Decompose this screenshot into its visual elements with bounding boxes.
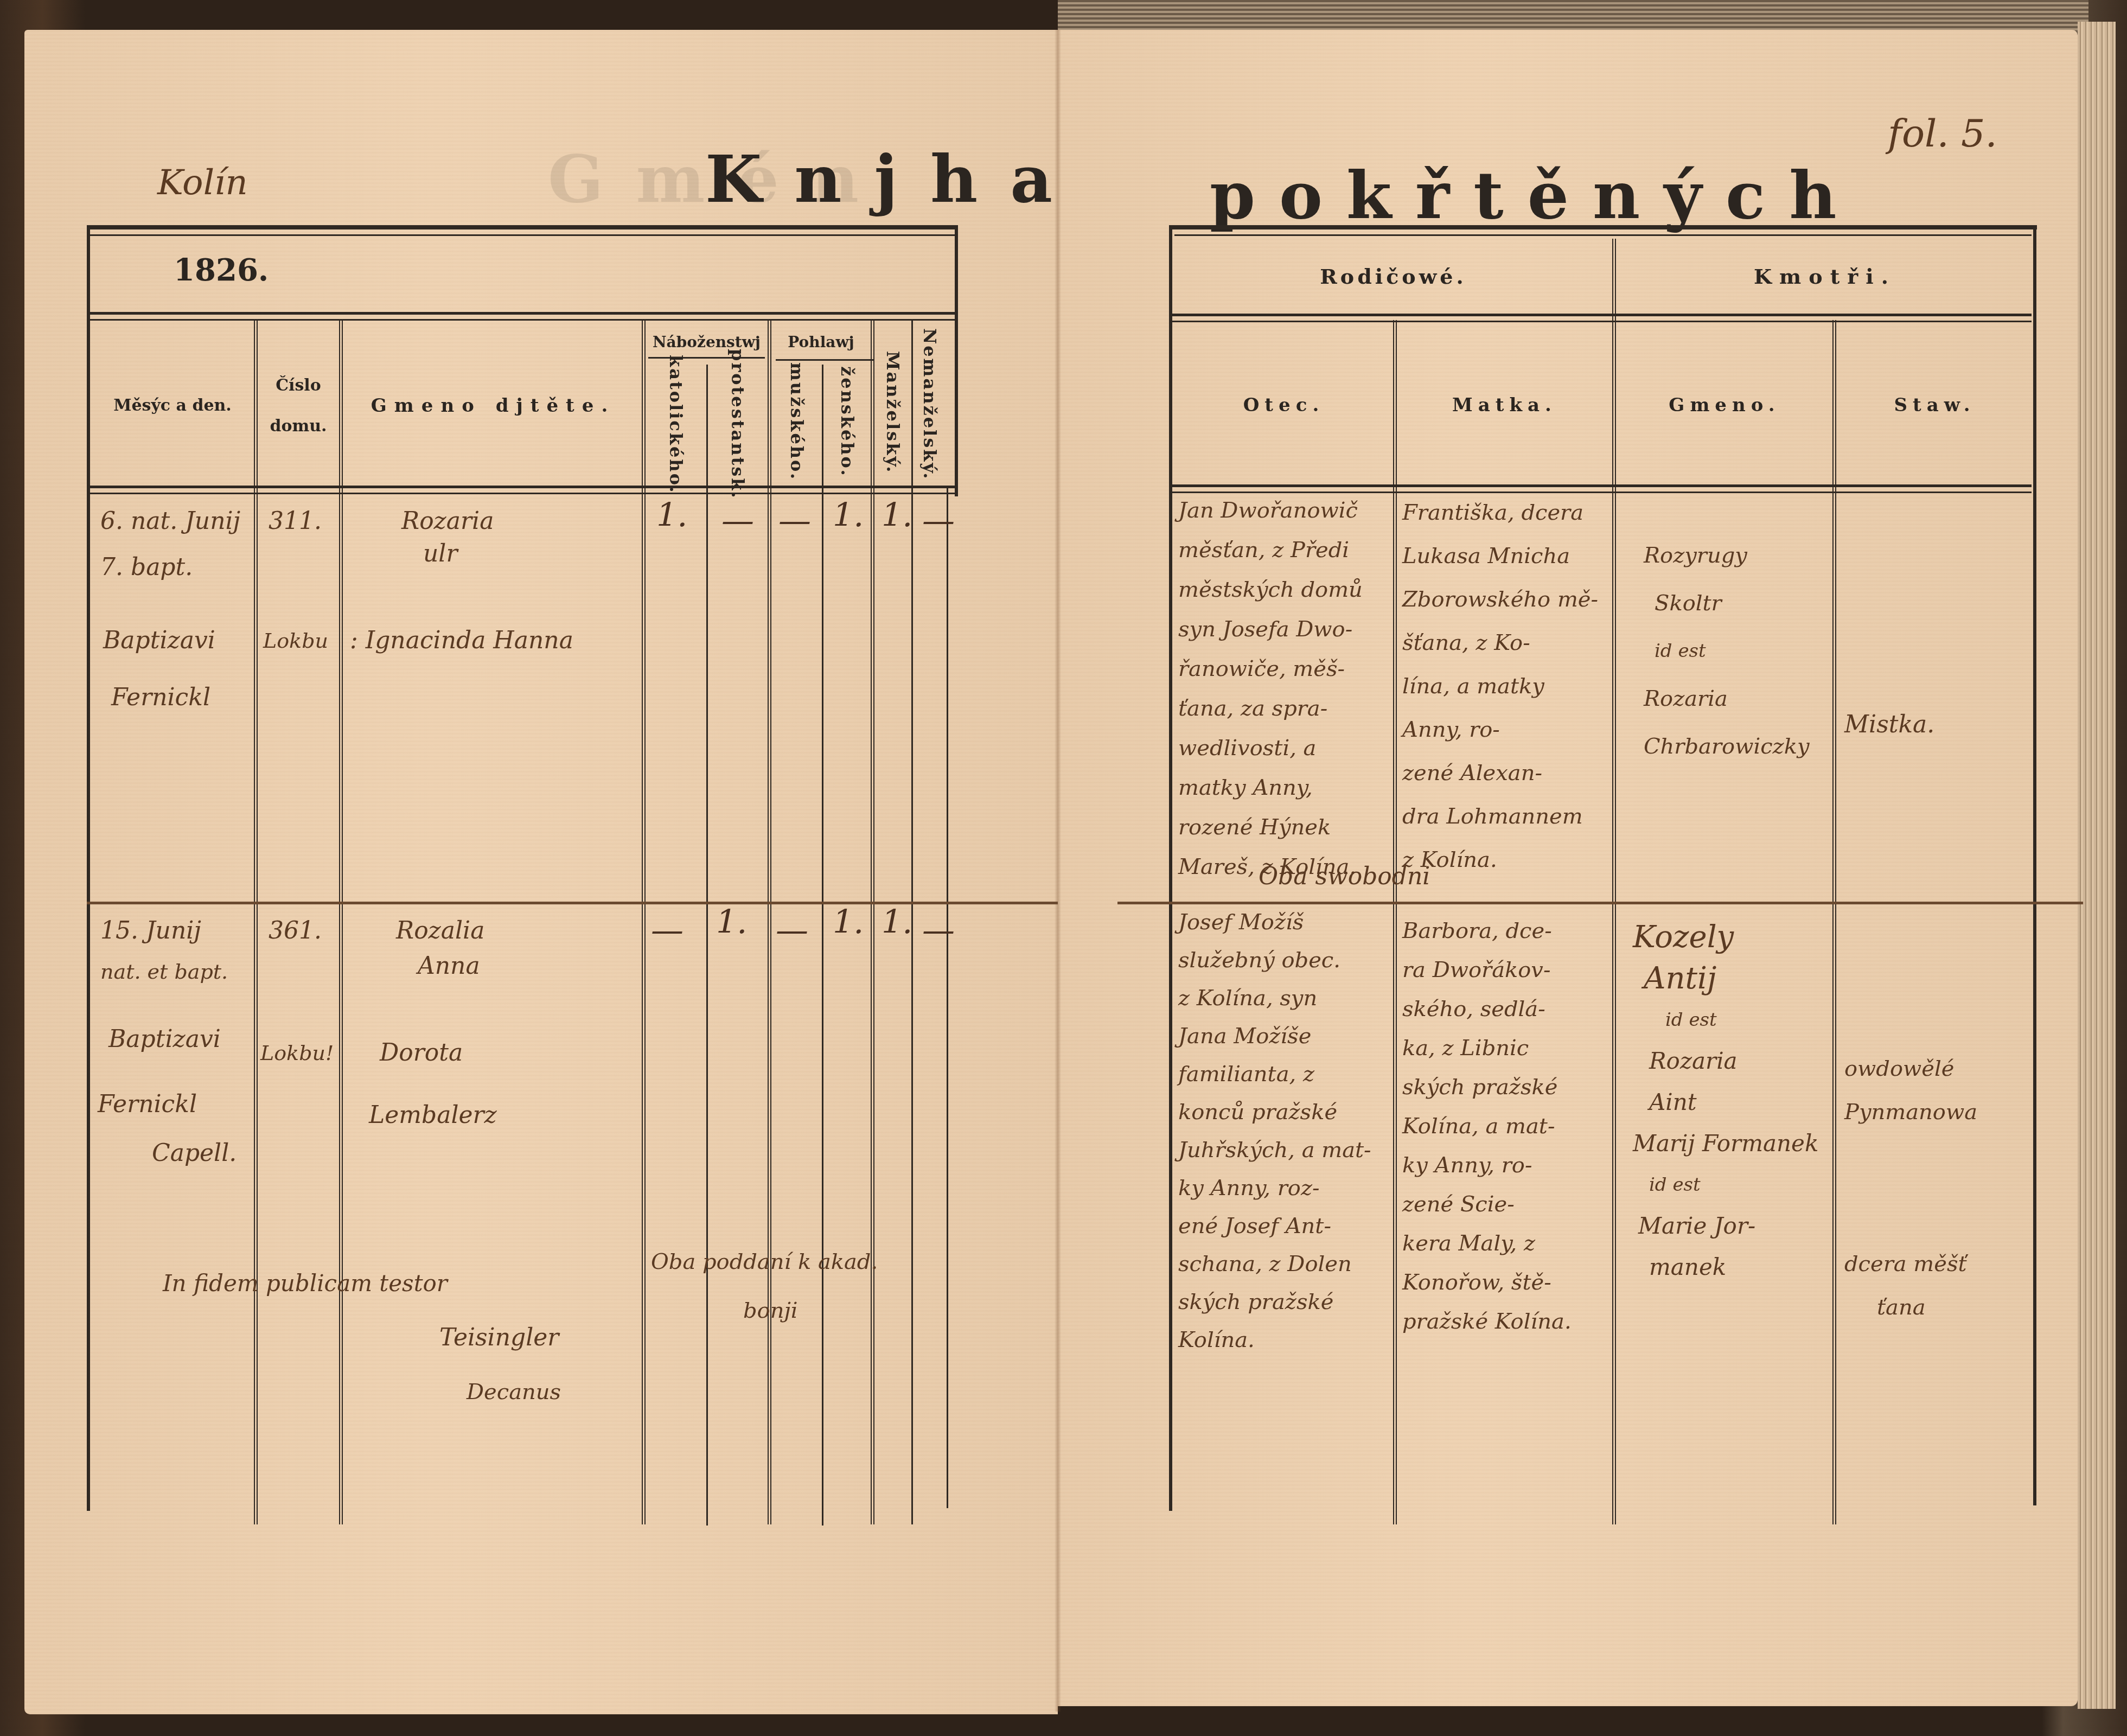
row1-father-line: měsťan, z Předi: [1178, 531, 1363, 570]
col-sep-name: [642, 320, 646, 1524]
row1-father-line: rozené Hýnek: [1178, 808, 1363, 847]
row1-catholic: 1.: [656, 496, 687, 534]
row2-religion-note-line2: bonji: [743, 1286, 798, 1336]
row1-male: —: [778, 502, 811, 540]
header-catholic-label: katolického.: [666, 355, 686, 494]
row2-female: 1.: [833, 903, 864, 941]
row2-male: —: [776, 911, 808, 949]
header-rule-inner: [90, 319, 955, 321]
row2-father-line: ky Anny, roz-: [1178, 1169, 1371, 1207]
row2-catholic: —: [651, 911, 684, 949]
row2-godparent-line: manek: [1633, 1247, 1818, 1288]
row1-father-line: syn Josefa Dwo-: [1178, 610, 1363, 649]
year: 1826.: [174, 252, 269, 288]
colhdr-rule-inner: [90, 493, 955, 494]
row2-house-no: 361.: [269, 906, 322, 956]
testimony-note: In fidem publicam testor: [163, 1259, 448, 1309]
row2-father-line: konců pražské: [1178, 1093, 1371, 1131]
row1-baptizer-line2: Fernickl: [111, 673, 210, 723]
row2-father-line: schana, z Dolen: [1178, 1245, 1371, 1283]
header-rule: [90, 312, 955, 315]
header-house-no: Číslo domu.: [258, 325, 339, 486]
table-border-left: [87, 225, 90, 1511]
rcol-sep-father: [1393, 320, 1397, 1524]
row2-father-line: familianta, z: [1178, 1055, 1371, 1093]
row1-mother-line: dra Lohmannem: [1402, 795, 1598, 838]
row1-godparent-status: Mistka.: [1844, 700, 1934, 750]
row2-house-note: Lokbu!: [260, 1028, 334, 1078]
row2-godparent-line: Antij: [1633, 958, 1818, 999]
row2-religion-note-line1: Oba poddaní k akad.: [651, 1237, 878, 1287]
col-sep-religion: [768, 320, 771, 1524]
row1-godparent-name: Rozyrugy Skoltr id est Rozaria Chrbarowi…: [1644, 532, 1810, 770]
row2-father-line: z Kolína, syn: [1178, 979, 1371, 1017]
row1-mother-line: šťana, z Ko-: [1402, 621, 1598, 665]
row1-mother-line: Zborowského mě-: [1402, 578, 1598, 621]
row2-father-line: ských pražské: [1178, 1283, 1371, 1321]
signature-title: Decanus: [467, 1367, 561, 1417]
row2-child-note-line2: Lembalerz: [369, 1090, 497, 1140]
row2-father-line: Jana Možíše: [1178, 1017, 1371, 1055]
rheader-rule-inner: [1172, 321, 2032, 322]
row2-godparent-status: owdowělé Pynmanowa dcera měšť ťana: [1844, 1047, 1977, 1329]
row1-father: Jan Dwořanowič měsťan, z Předi městských…: [1178, 491, 1363, 887]
row2-child-name-line2: Anna: [418, 941, 480, 991]
header-legitimate: Manželský.: [874, 347, 911, 477]
row1-mother-line: Františka, dcera: [1402, 491, 1598, 534]
row1-mother-line: Anny, ro-: [1402, 708, 1598, 751]
row1-mother: Františka, dcera Lukasa Mnicha Zborowské…: [1402, 491, 1598, 882]
rtable-border-top: [1169, 225, 2037, 229]
table-border-top-inner: [90, 234, 955, 236]
row2-mother-line: kera Maly, z: [1402, 1224, 1572, 1263]
sex-subrule: [776, 359, 873, 361]
row1-child-name-line2: ulr: [423, 529, 457, 579]
row2-father-line: služebný obec.: [1178, 941, 1371, 979]
rtable-border-top-inner: [1174, 234, 2032, 236]
col-sep-illegit: [947, 488, 948, 1508]
row2-godparent-line: Rozaria: [1633, 1041, 1818, 1082]
row1-godparent-line: Chrbarowiczky: [1644, 723, 1810, 770]
row2-protestant: 1.: [716, 903, 747, 941]
header-religion: Náboženstwj: [646, 325, 768, 358]
header-illegitimate: Nemanželský.: [913, 325, 947, 483]
rheader-rule: [1172, 314, 2032, 316]
table-border-right-top: [955, 225, 958, 496]
row1-baptizer-line1: Baptizavi: [103, 616, 215, 666]
row1-godparent-line: Rozaria: [1644, 675, 1810, 723]
table-border-top: [90, 225, 957, 229]
col-sep-sex: [871, 320, 874, 1524]
row2-godparent-status-line: dcera měšť: [1844, 1242, 1977, 1286]
row1-father-line: matky Anny,: [1178, 768, 1363, 808]
header-protestant: protestantsk.: [708, 365, 768, 484]
row2-baptizer-line1: Baptizavi: [108, 1014, 221, 1064]
header-sex: Pohlawj: [771, 325, 871, 358]
header-illegitimate-label: Nemanželský.: [919, 328, 940, 480]
row1-protestant: —: [721, 502, 754, 540]
row2-mother: Barbora, dce- ra Dwořákov- ského, sedlá-…: [1402, 911, 1572, 1341]
header-godparent-status: Staw.: [1836, 325, 2033, 484]
row2-godparent-line: Marie Jor-: [1633, 1205, 1818, 1247]
header-mother: Matka.: [1397, 325, 1612, 484]
header-parents: Rodičowé.: [1174, 239, 1612, 314]
row2-godparent-line: Marij Formanek: [1633, 1123, 1818, 1164]
colhdr-rule: [90, 486, 955, 488]
row2-godparent-status-line: Pynmanowa: [1844, 1090, 1977, 1134]
row1-father-line: wedlivosti, a: [1178, 729, 1363, 768]
row2-godparent-status-line: ťana: [1844, 1286, 1977, 1329]
header-godparents: Kmotři.: [1617, 239, 2033, 314]
rcol-sep-godparent-name: [1832, 320, 1836, 1524]
row2-godparent-line: id est: [1633, 1164, 1818, 1205]
row2-father-line: Juhřských, a mat-: [1178, 1131, 1371, 1169]
row2-baptizer-line2: Fernickl: [98, 1080, 197, 1129]
col-sep-male: [822, 365, 823, 1526]
row2-mother-line: ských pražské: [1402, 1068, 1572, 1107]
place-note: Kolín: [157, 163, 248, 203]
title-knjha: Knjha: [705, 141, 1085, 218]
row1-mother-line: Lukasa Mnicha: [1402, 534, 1598, 578]
row2-mother-line: Konořow, ště-: [1402, 1263, 1572, 1302]
folio-number: fol. 5.: [1888, 111, 1997, 156]
header-protestant-label: protestantsk.: [727, 349, 748, 500]
row2-mother-line: pražské Kolína.: [1402, 1302, 1572, 1341]
row2-date-line2: nat. et bapt.: [100, 947, 228, 997]
row1-mother-line: zené Alexan-: [1402, 751, 1598, 795]
row1-parents-note: Oba swobodni: [1259, 852, 1430, 902]
col-sep-house: [339, 320, 343, 1524]
header-father: Otec.: [1174, 325, 1393, 484]
header-legitimate-label: Manželský.: [883, 351, 903, 474]
row2-mother-line: Kolína, a mat-: [1402, 1107, 1572, 1146]
header-female-label: ženského.: [837, 366, 858, 477]
page-stack-top-edge: [1058, 0, 2088, 33]
row1-child-note: : Ignacinda Hanna: [350, 616, 573, 666]
header-catholic: katolického.: [646, 365, 706, 484]
row2-legitimate: 1.: [882, 903, 912, 941]
row2-mother-line: zené Scie-: [1402, 1185, 1572, 1224]
row2-mother-line: ra Dwořákov-: [1402, 950, 1572, 990]
book-gutter: [1055, 30, 1061, 1712]
row2-child-note-line1: Dorota: [380, 1028, 463, 1078]
row1-illegitimate: —: [922, 502, 955, 540]
row1-godparent-line: Skoltr: [1644, 579, 1810, 627]
row1-house-no: 311.: [269, 496, 322, 546]
header-house-no-line2: domu.: [270, 417, 327, 436]
col-sep-date: [254, 320, 258, 1524]
header-date: Měsýc a den.: [91, 325, 254, 486]
rtable-border-left: [1169, 225, 1172, 1511]
header-house-no-line1: Číslo: [276, 376, 321, 395]
header-male-label: mužského.: [787, 362, 807, 481]
row2-baptizer-line3: Capell.: [152, 1128, 237, 1178]
row1-date-line2: 7. bapt.: [100, 542, 193, 592]
row1-legitimate: 1.: [882, 496, 912, 534]
row2-godparent-line: Aint: [1633, 1082, 1818, 1123]
row1-godparent-line: id est: [1644, 627, 1810, 675]
row1-father-line: ťana, za spra-: [1178, 689, 1363, 729]
header-godparent-name: Gmeno.: [1617, 325, 1832, 484]
row2-mother-line: Barbora, dce-: [1402, 911, 1572, 950]
row1-house-note: Lokbu: [263, 616, 328, 666]
header-female: ženského.: [823, 365, 871, 478]
row1-godparent-line: Rozyrugy: [1644, 532, 1810, 579]
signature-name: Teisingler: [439, 1313, 559, 1363]
row1-mother-line: lína, a matky: [1402, 665, 1598, 708]
col-sep-catholic: [706, 365, 708, 1526]
row1-date-line1: 6. nat. Junij: [100, 496, 240, 546]
header-male: mužského.: [771, 365, 822, 478]
row2-father-line: Josef Možíš: [1178, 903, 1371, 941]
row2-father-line: Kolína.: [1178, 1321, 1371, 1359]
row2-illegitimate: —: [922, 911, 955, 949]
row2-mother-line: ky Anny, ro-: [1402, 1146, 1572, 1185]
row2-godparent-line: Kozely: [1633, 917, 1818, 958]
page-stack-right-edge: [2078, 22, 2116, 1709]
row1-father-line: městských domů: [1178, 570, 1363, 610]
rtable-border-right: [2033, 225, 2036, 1505]
row2-father-line: ené Josef Ant-: [1178, 1207, 1371, 1245]
row1-mother-line: z Kolína.: [1402, 838, 1598, 882]
row1-father-line: Jan Dwořanowič: [1178, 491, 1363, 531]
row1-female: 1.: [833, 496, 864, 534]
row2-godparent-name: Kozely Antij id est Rozaria Aint Marij F…: [1633, 917, 1818, 1288]
row2-father: Josef Možíš služebný obec. z Kolína, syn…: [1178, 903, 1371, 1359]
row2-godparent-line: id est: [1633, 999, 1818, 1041]
header-child-name: Gmeno djtěte.: [344, 325, 642, 486]
rcol-sep-parents: [1612, 239, 1616, 1524]
row2-godparent-status-line: owdowělé: [1844, 1047, 1977, 1090]
row2-mother-line: ského, sedlá-: [1402, 990, 1572, 1029]
row1-father-line: řanowiče, měš-: [1178, 649, 1363, 689]
title-pokrtenych: pokřtěných: [1210, 157, 1860, 234]
rcolhdr-rule: [1172, 484, 2032, 487]
row2-mother-line: ka, z Libnic: [1402, 1029, 1572, 1068]
